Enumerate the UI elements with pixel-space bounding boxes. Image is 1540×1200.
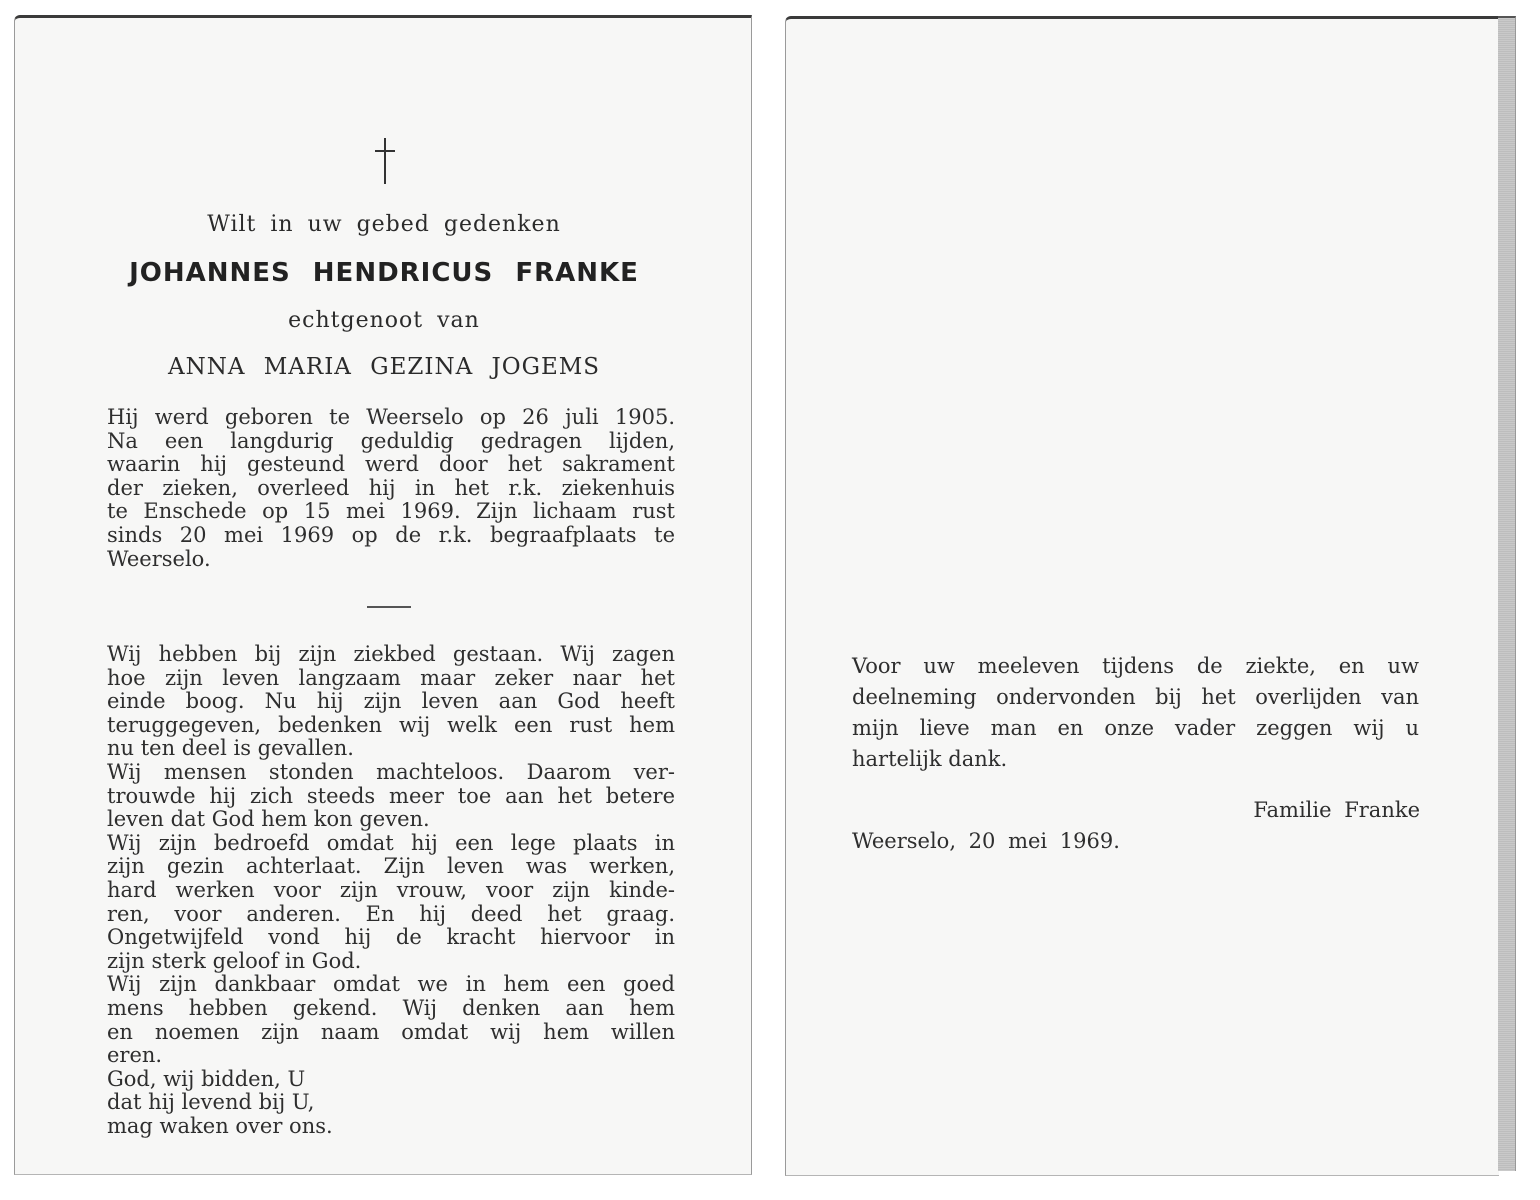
text-line: nu ten deel is gevallen. xyxy=(107,737,675,761)
text-line: eren. xyxy=(107,1044,675,1068)
text-line: sinds 20 mei 1969 op de r.k. begraafplaa… xyxy=(107,524,675,548)
deceased-name: JOHANNES HENDRICUS FRANKE xyxy=(0,258,768,288)
text-line: Ongetwijfeld vond hij de kracht hiervoor… xyxy=(107,926,675,950)
text-line: Weerselo. xyxy=(107,548,675,572)
text-line: dat hij levend bij U, xyxy=(107,1091,675,1115)
text-line: ren, voor anderen. En hij deed het graag… xyxy=(107,903,675,927)
text-line: en noemen zijn naam omdat wij hem willen xyxy=(107,1021,675,1045)
text-line: deelneming ondervonden bij het overlijde… xyxy=(852,682,1419,713)
card-edge-shadow xyxy=(1498,16,1516,1171)
spouse-name: ANNA MARIA GEZINA JOGEMS xyxy=(0,354,768,380)
reflection-paragraph: Wij hebben bij zijn ziekbed gestaan. Wij… xyxy=(107,643,675,1138)
text-line: Wij mensen stonden machteloos. Daarom ve… xyxy=(107,761,675,785)
text-line: waarin hij gesteund werd door het sakram… xyxy=(107,453,675,477)
text-line: Wij hebben bij zijn ziekbed gestaan. Wij… xyxy=(107,643,675,667)
text-line: hartelijk dank. xyxy=(852,744,1419,775)
text-line: der zieken, overleed hij in het r.k. zie… xyxy=(107,477,675,501)
text-line: teruggegeven, bedenken wij welk een rust… xyxy=(107,714,675,738)
text-line: zijn sterk geloof in God. xyxy=(107,950,675,974)
text-line: leven dat God hem kon geven. xyxy=(107,808,675,832)
place-date: Weerselo, 20 mei 1969. xyxy=(852,829,1120,853)
text-line: mens hebben gekend. Wij denken aan hem xyxy=(107,997,675,1021)
text-line: einde boog. Nu hij zijn leven aan God he… xyxy=(107,690,675,714)
text-line: Voor uw meeleven tijdens de ziekte, en u… xyxy=(852,651,1419,682)
text-line: hoe zijn leven langzaam maar zeker naar … xyxy=(107,667,675,691)
text-line: te Enschede op 15 mei 1969. Zijn lichaam… xyxy=(107,500,675,524)
cross-icon xyxy=(370,138,400,184)
signature: Familie Franke xyxy=(1253,798,1420,822)
thanks-paragraph: Voor uw meeleven tijdens de ziekte, en u… xyxy=(852,651,1419,775)
text-line: Wij zijn bedroefd omdat hij een lege pla… xyxy=(107,832,675,856)
text-line: hard werken voor zijn vrouw, voor zijn k… xyxy=(107,879,675,903)
memorial-card-back xyxy=(785,16,1499,1176)
text-line: mag waken over ons. xyxy=(107,1115,675,1139)
divider xyxy=(367,606,411,608)
text-line: Na een langdurig geduldig gedragen lijde… xyxy=(107,430,675,454)
text-line: trouwde hij zich steeds meer toe aan het… xyxy=(107,785,675,809)
text-line: God, wij bidden, U xyxy=(107,1068,675,1092)
text-line: Hij werd geboren te Weerselo op 26 juli … xyxy=(107,406,675,430)
text-line: mijn lieve man en onze vader zeggen wij … xyxy=(852,713,1419,744)
text-line: zijn gezin achterlaat. Zijn leven was we… xyxy=(107,855,675,879)
intro-text: Wilt in uw gebed gedenken xyxy=(0,212,768,237)
text-line: Wij zijn dankbaar omdat we in hem een go… xyxy=(107,973,675,997)
biography-paragraph: Hij werd geboren te Weerselo op 26 juli … xyxy=(107,406,675,571)
spouse-label: echtgenoot van xyxy=(0,308,768,333)
